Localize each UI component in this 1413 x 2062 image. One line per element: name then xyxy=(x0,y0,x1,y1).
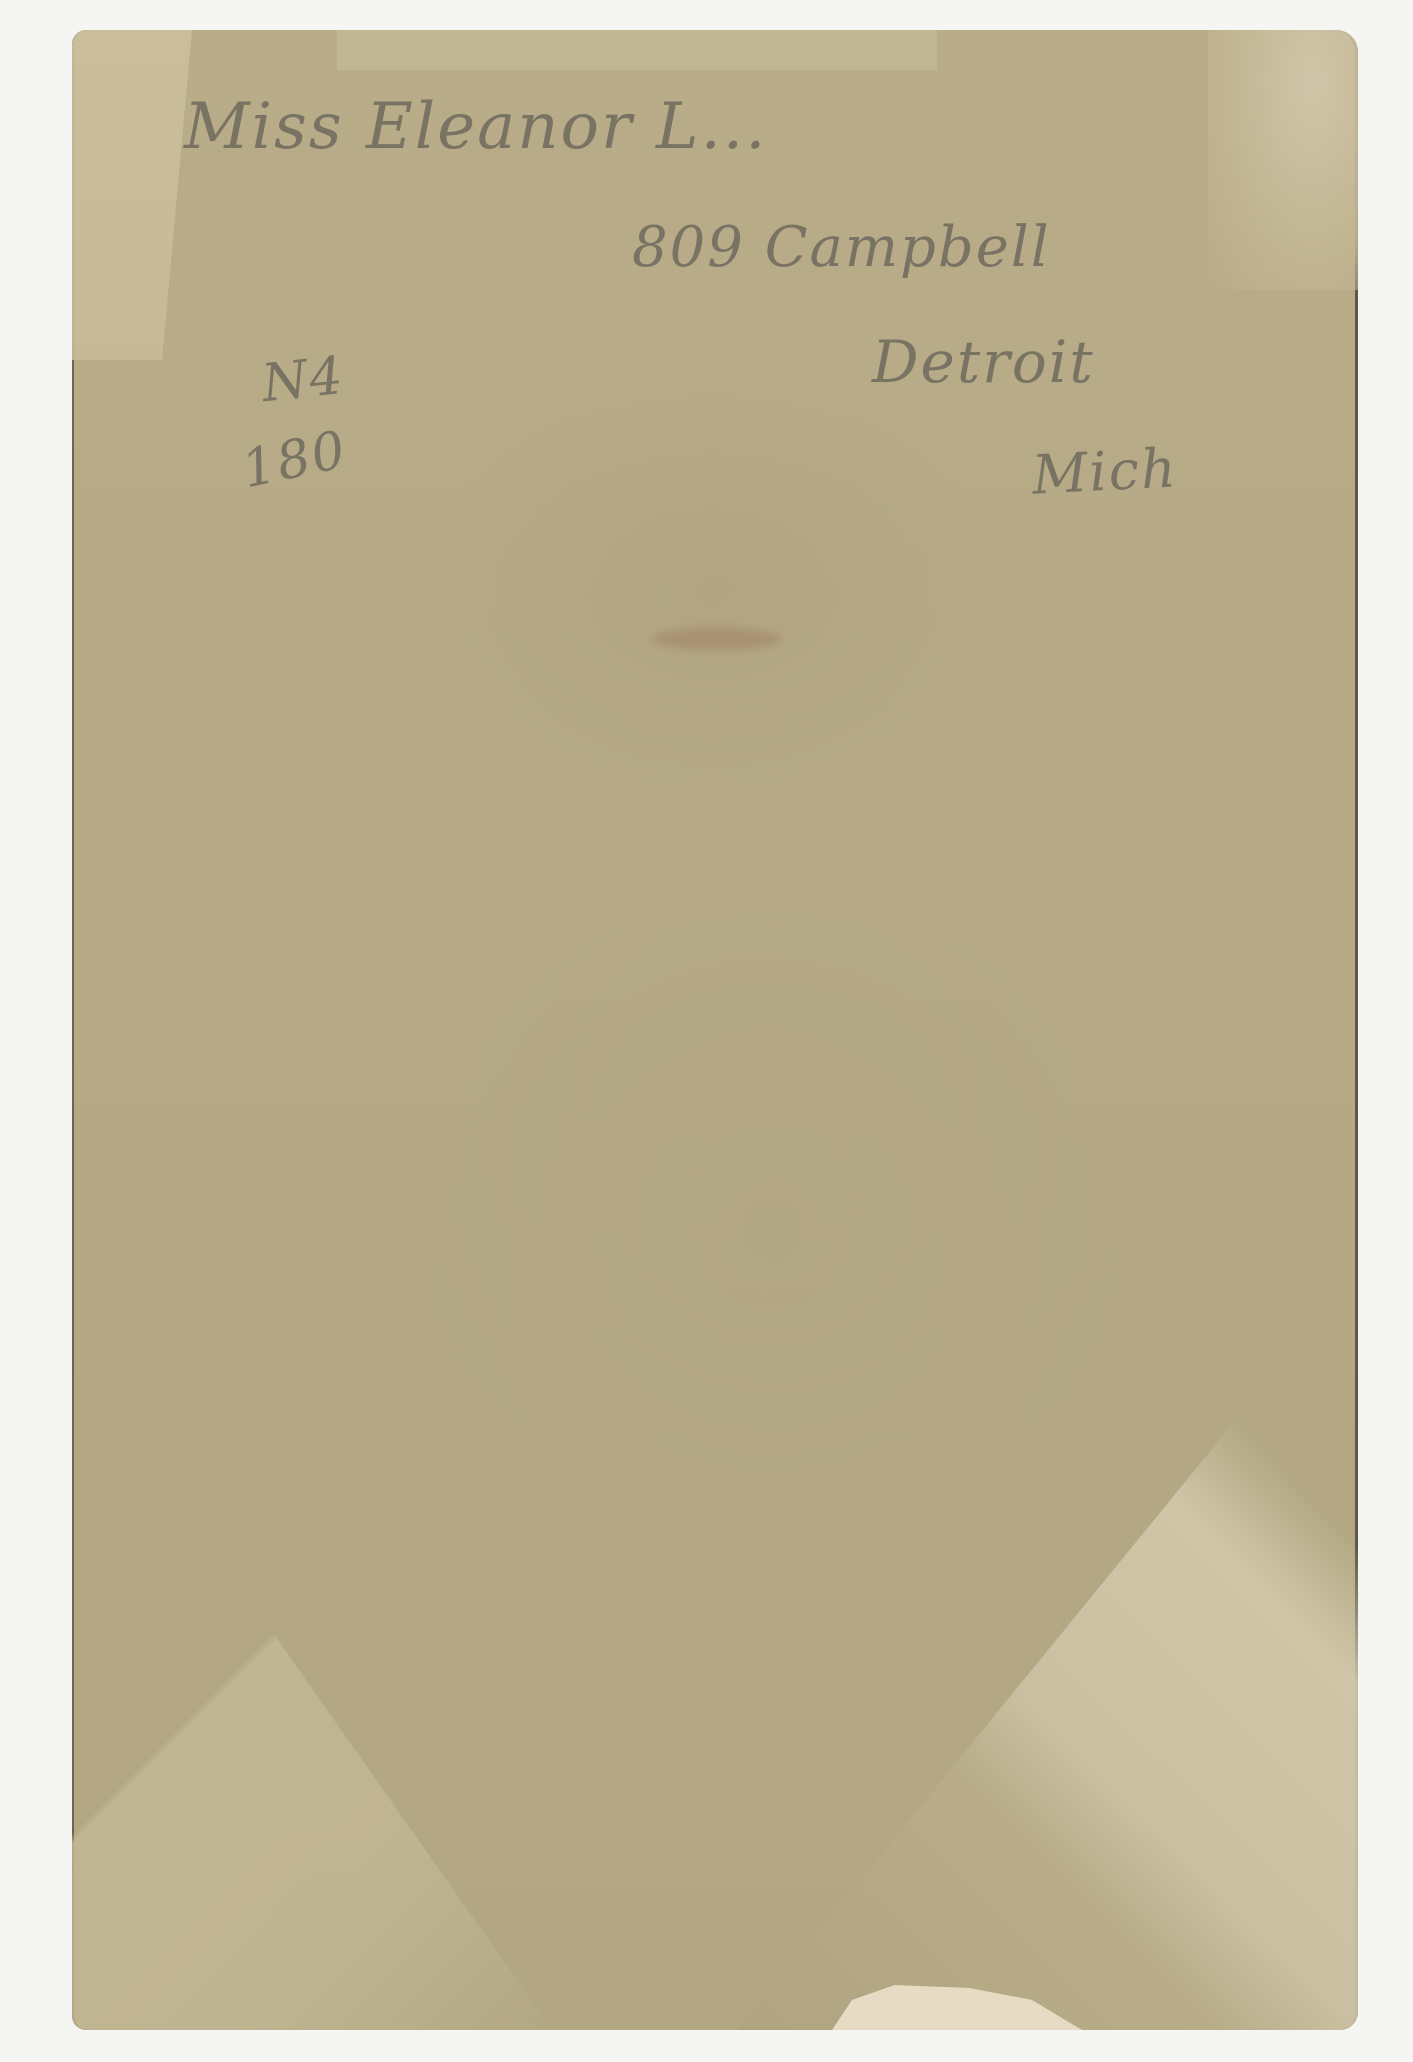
stain-mark xyxy=(652,628,782,650)
worn-patch-bottom-left xyxy=(72,1470,552,2030)
scan-background: Miss Eleanor L... 809 Campbell Detroit M… xyxy=(0,0,1413,2062)
handwritten-street: 809 Campbell xyxy=(632,215,1051,280)
worn-patch-bottom-right xyxy=(738,1270,1358,2030)
handwritten-note-1: N4 xyxy=(259,346,347,414)
worn-patch-top-left xyxy=(72,30,192,360)
handwritten-note-2: 180 xyxy=(237,420,352,501)
handwritten-state: Mich xyxy=(1030,436,1179,507)
worn-patch-top-right xyxy=(1208,30,1358,290)
handwritten-city: Detroit xyxy=(872,328,1095,396)
adhesive-residue-top xyxy=(337,30,937,70)
handwritten-recipient: Miss Eleanor L... xyxy=(184,90,767,164)
cabinet-card-back: Miss Eleanor L... 809 Campbell Detroit M… xyxy=(72,30,1358,2030)
